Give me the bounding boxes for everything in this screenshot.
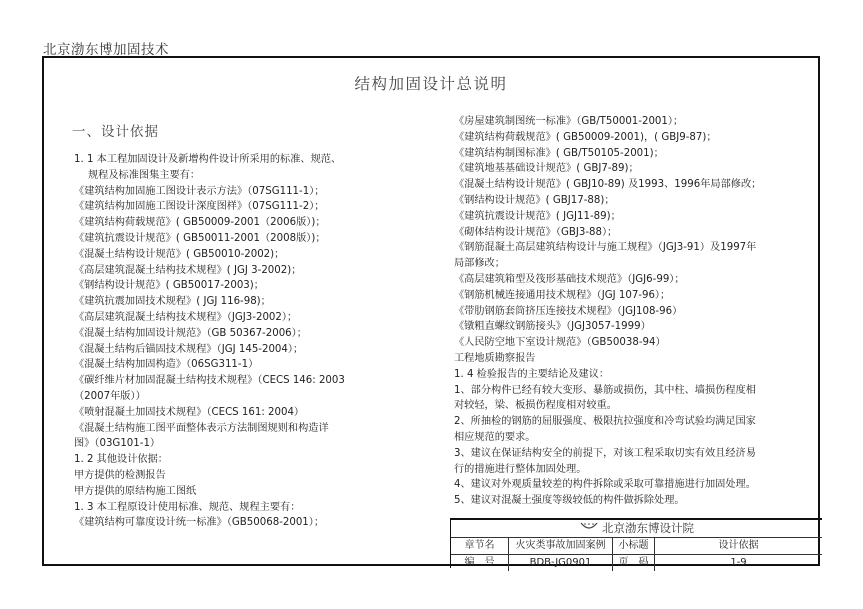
text-line: 《喷射混凝土加固技术规程》（CECS 161: 2004） bbox=[74, 405, 414, 421]
text-line: 《砌体结构设计规范》（GBJ3-88）； bbox=[454, 225, 809, 241]
left-column: 1. 1 本工程加固设计及新增构件设计所采用的标准、规范、规程及标准图集主要有：… bbox=[74, 152, 414, 531]
text-line: 《混凝土结构加固设计规范》（GB 50367-2006）； bbox=[74, 326, 414, 342]
text-line: 《建筑结构加固施工图设计深度图样》（07SG111-2）； bbox=[74, 199, 414, 215]
text-line: 《镦粗直螺纹钢筋接头》（JGJ3057-1999） bbox=[454, 319, 809, 335]
text-line: 工程地质勘察报告 bbox=[454, 351, 809, 367]
text-line: 《建筑抗震加固技术规程》( JGJ 116-98)； bbox=[74, 294, 414, 310]
text-line: 1. 4 检验报告的主要结论及建议： bbox=[454, 367, 809, 383]
text-line: 1、部分构件已经有较大变形、暴筋或损伤，其中柱、墙损伤程度相 bbox=[454, 383, 809, 399]
text-line: 《混凝土结构施工图平面整体表示方法制图规则和构造详 bbox=[74, 421, 414, 437]
text-line: 《房屋建筑制图统一标准》（GB/T50001-2001）； bbox=[454, 114, 809, 130]
text-line: 行的措施进行整体加固处理。 bbox=[454, 462, 809, 478]
text-line: 《混凝土结构加固构造》（06SG311-1） bbox=[74, 357, 414, 373]
text-line: 《建筑结构制图标准》( GB/T50105-2001)； bbox=[454, 146, 809, 162]
section-heading: 一、设计依据 bbox=[72, 120, 159, 140]
title-block-header: 北京渤东博设计院 bbox=[451, 520, 822, 538]
text-line: 《钢筋混凝土高层建筑结构设计与施工规程》（JGJ3-91）及1997年 bbox=[454, 240, 809, 256]
document-title: 结构加固设计总说明 bbox=[44, 72, 818, 94]
chapter-label: 章节名 bbox=[451, 538, 509, 554]
text-line: 图》（03G101-1） bbox=[74, 436, 414, 452]
text-line: 1. 1 本工程加固设计及新增构件设计所采用的标准、规范、 bbox=[74, 152, 414, 168]
text-line: 1. 3 本工程原设计使用标准、规范、规程主要有： bbox=[74, 500, 414, 516]
title-block-row-number: 编 号 BDB-JG0901 页 码 1-9 bbox=[451, 555, 822, 571]
text-line: 甲方提供的原结构施工图纸 bbox=[74, 484, 414, 500]
chapter-value: 火灾类事故加固案例 bbox=[509, 538, 613, 554]
text-line: 对较轻，梁、板损伤程度相对较重。 bbox=[454, 398, 809, 414]
text-line: 《建筑抗震设计规范》( GB50011-2001（2008版）)； bbox=[74, 231, 414, 247]
text-line: 《高层建筑混凝土结构技术规程》( JGJ 3-2002)； bbox=[74, 263, 414, 279]
right-column: 《房屋建筑制图统一标准》（GB/T50001-2001）；《建筑结构荷载规范》(… bbox=[454, 114, 809, 509]
text-line: 《建筑结构荷载规范》( GB50009-2001（2006版）)； bbox=[74, 215, 414, 231]
title-block: 北京渤东博设计院 章节名 火灾类事故加固案例 小标题 设计依据 编 号 BDB-… bbox=[450, 518, 822, 568]
text-line: 《带肋钢筋套筒挤压连接技术规程》（JGJ108-96） bbox=[454, 304, 809, 320]
text-line: 4、建议对外观质量较差的构件拆除或采取可靠措施进行加固处理。 bbox=[454, 477, 809, 493]
text-line: 1. 2 其他设计依据： bbox=[74, 452, 414, 468]
text-line: 《高层建筑箱型及筏形基础技术规范》（JGJ6-99）； bbox=[454, 272, 809, 288]
text-line: 3、建议在保证结构安全的前提下，对该工程采取切实有效且经济易 bbox=[454, 446, 809, 462]
company-logo-icon bbox=[579, 520, 599, 538]
text-line: 《建筑结构加固施工图设计表示方法》（07SG111-1）； bbox=[74, 184, 414, 200]
page-value: 1-9 bbox=[655, 555, 822, 571]
text-line: 规程及标准图集主要有： bbox=[74, 168, 414, 184]
text-line: 《碳纤维片材加固混凝土结构技术规程》（CECS 146: 2003 bbox=[74, 373, 414, 389]
text-line: 《混凝土结构后锚固技术规程》（JGJ 145-2004）； bbox=[74, 342, 414, 358]
text-line: 《人民防空地下室设计规范》（GB50038-94） bbox=[454, 335, 809, 351]
subtitle-value: 设计依据 bbox=[655, 538, 822, 554]
number-value: BDB-JG0901 bbox=[509, 555, 613, 571]
text-line: 局部修改； bbox=[454, 256, 809, 272]
company-name: 北京渤东博设计院 bbox=[602, 521, 694, 535]
number-label: 编 号 bbox=[451, 555, 509, 571]
text-line: 《钢结构设计规范》( GBJ17-88)； bbox=[454, 193, 809, 209]
text-line: 《建筑地基基础设计规范》( GBJ7-89)； bbox=[454, 161, 809, 177]
drawing-frame: 结构加固设计总说明 一、设计依据 1. 1 本工程加固设计及新增构件设计所采用的… bbox=[42, 56, 820, 566]
text-line: 相应规范的要求。 bbox=[454, 430, 809, 446]
text-line: 甲方提供的检测报告 bbox=[74, 468, 414, 484]
title-block-row-chapter: 章节名 火灾类事故加固案例 小标题 设计依据 bbox=[451, 538, 822, 555]
text-line: 《混凝土结构设计规范》( GBJ10-89) 及1993、1996年局部修改； bbox=[454, 177, 809, 193]
text-line: （2007年版）） bbox=[74, 389, 414, 405]
text-line: 2、所抽检的钢筋的屈服强度、极限抗拉强度和冷弯试验均满足国家 bbox=[454, 414, 809, 430]
subtitle-label: 小标题 bbox=[613, 538, 655, 554]
page-label: 页 码 bbox=[613, 555, 655, 571]
text-line: 《建筑结构可靠度设计统一标准》（GB50068-2001）； bbox=[74, 515, 414, 531]
text-line: 《混凝土结构设计规范》( GB50010-2002)； bbox=[74, 247, 414, 263]
header-watermark: 北京渤东博加固技术 bbox=[43, 38, 169, 58]
text-line: 《钢筋机械连接通用技术规程》（JGJ 107-96）； bbox=[454, 288, 809, 304]
text-line: 《高层建筑混凝土结构技术规程》（JGJ3-2002）； bbox=[74, 310, 414, 326]
text-line: 《钢结构设计规范》( GB50017-2003)； bbox=[74, 278, 414, 294]
text-line: 《建筑结构荷载规范》( GB50009-2001)，( GBJ9-87)； bbox=[454, 130, 809, 146]
text-line: 5、建议对混凝土强度等级较低的构件做拆除处理。 bbox=[454, 493, 809, 509]
text-line: 《建筑抗震设计规范》( JGJ11-89)； bbox=[454, 209, 809, 225]
